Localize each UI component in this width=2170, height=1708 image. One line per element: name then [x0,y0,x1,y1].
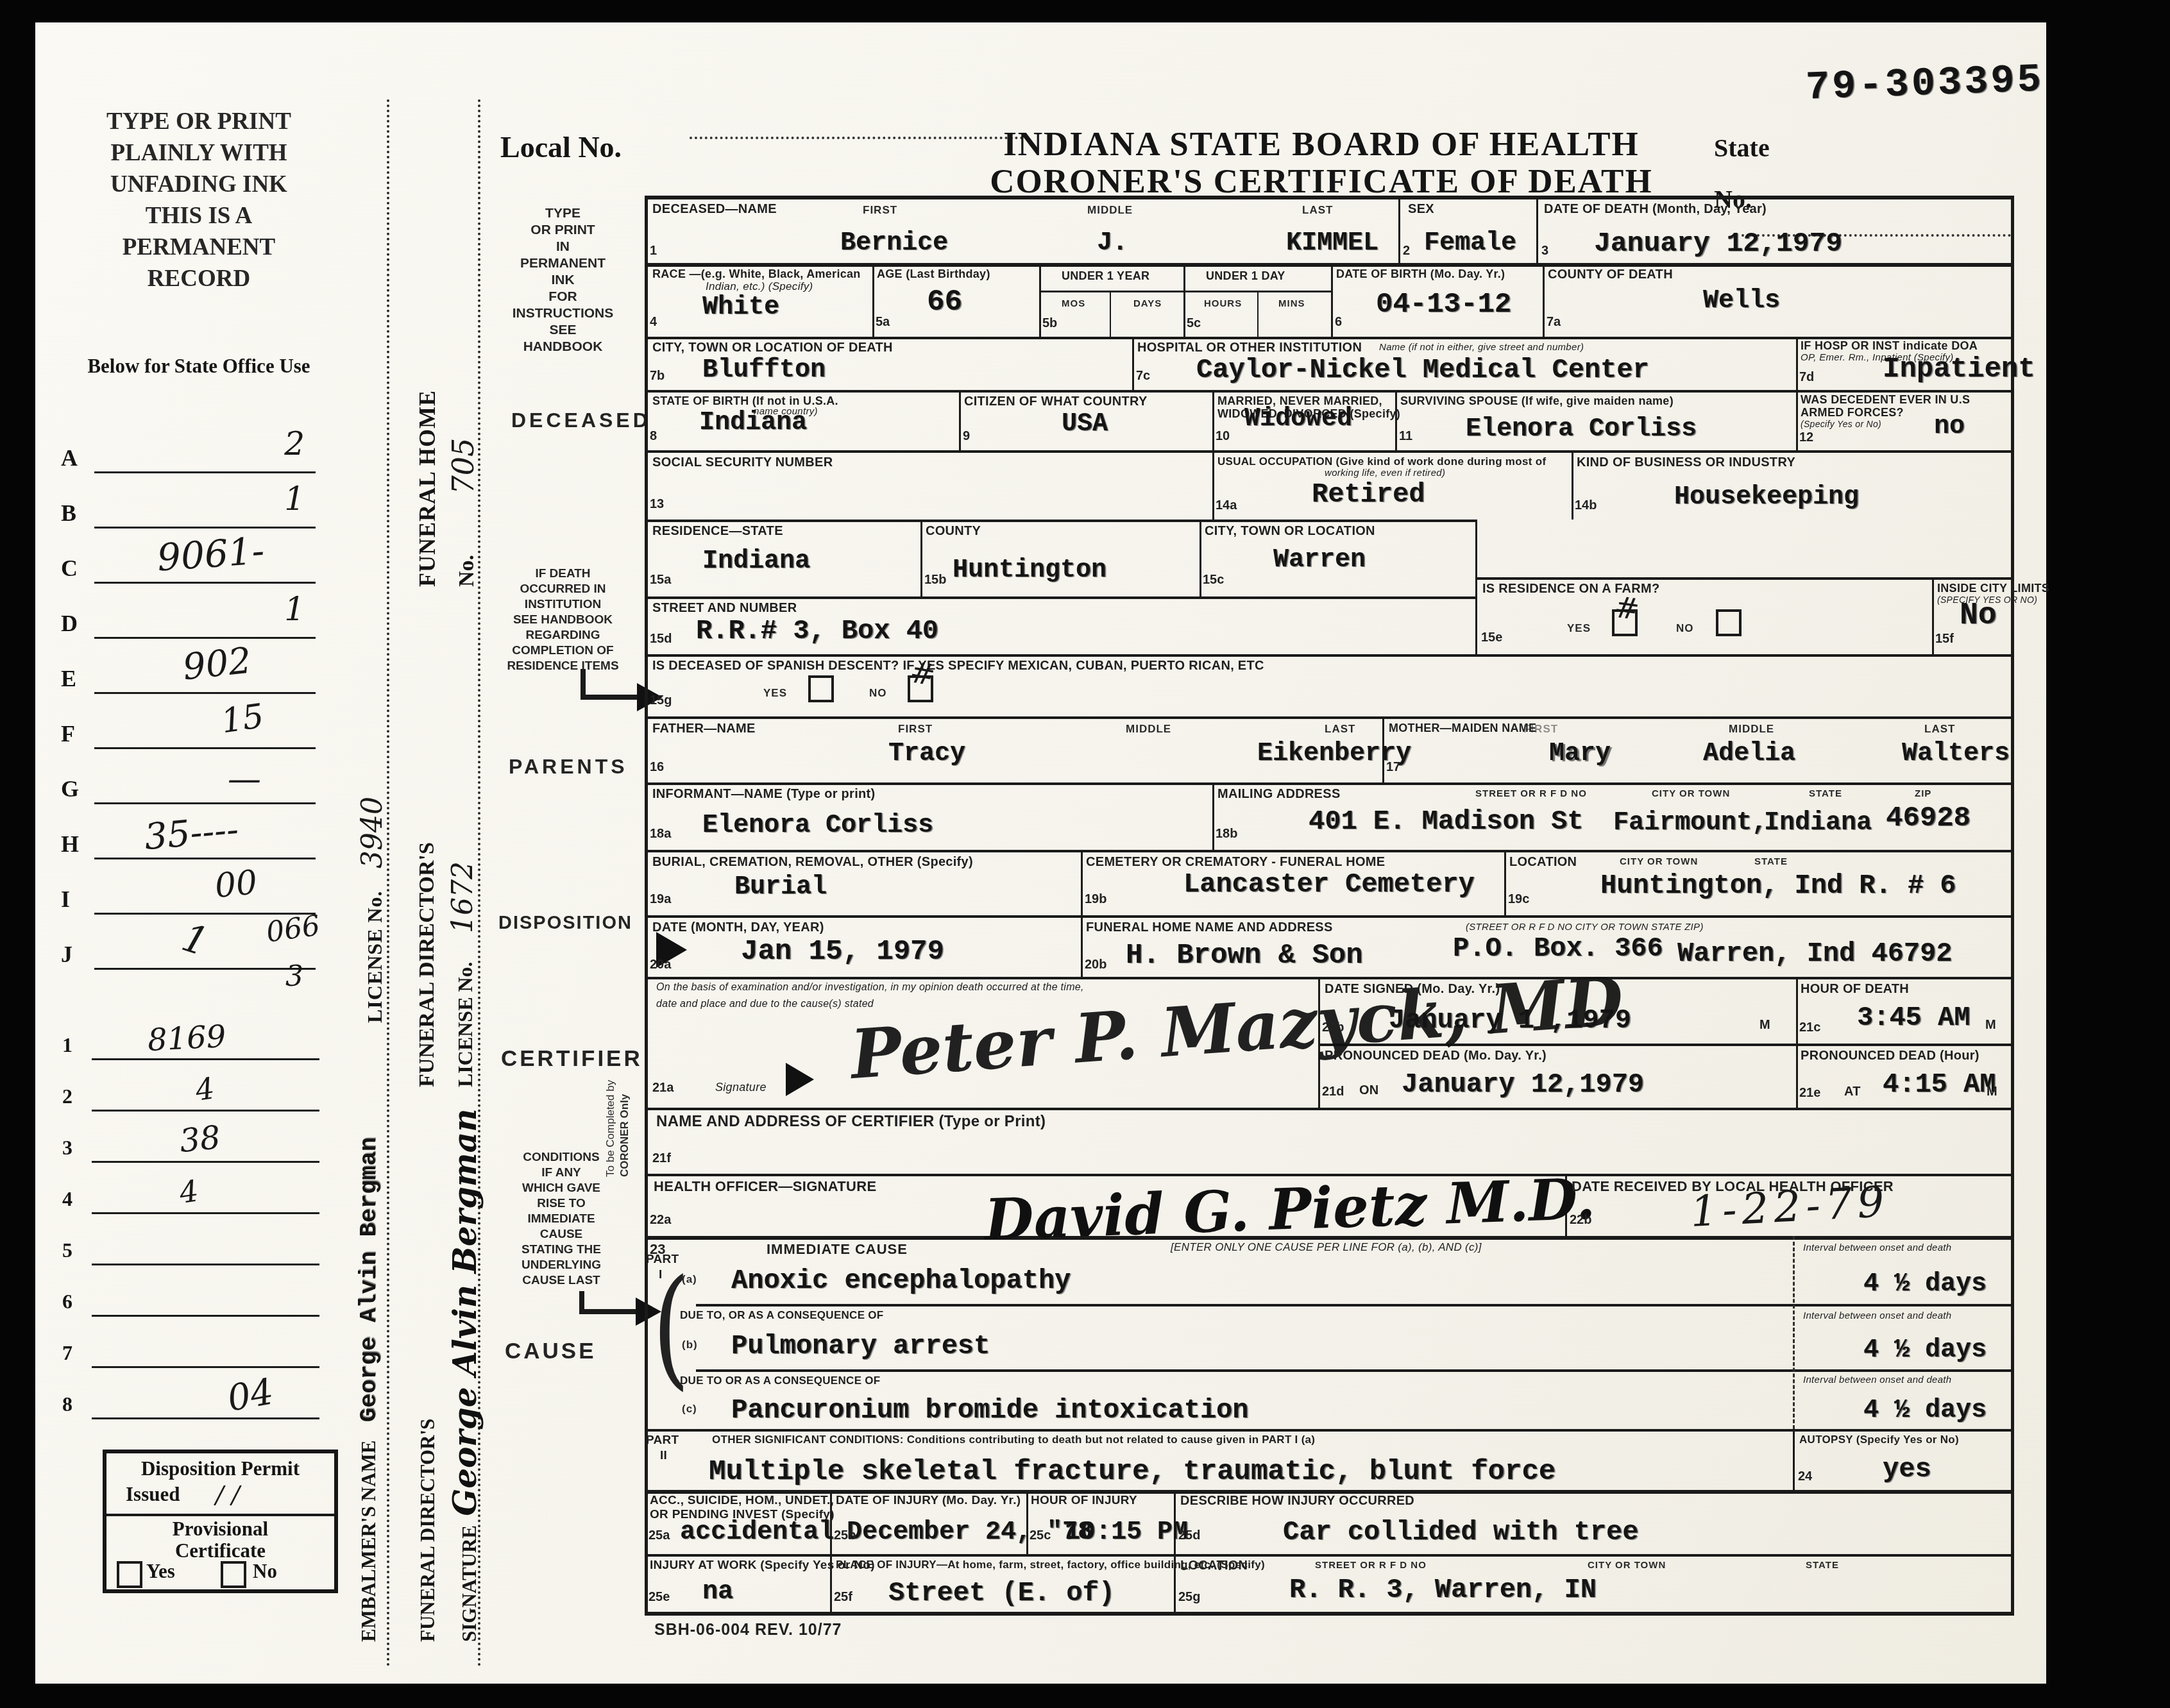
office-value-i-extra: 066 [264,909,322,949]
if-death-in-institution-note: IF DEATH OCCURRED IN INSTITUTION SEE HAN… [481,566,645,674]
burial-label: BURIAL, CREMATION, REMOVAL, OTHER (Speci… [652,855,973,870]
item-number: 2 [1403,244,1410,258]
deceased-name-label: DECEASED—NAME [652,202,777,217]
license1-value: 3940 [356,797,389,868]
age-label: AGE (Last Birthday) [877,267,990,281]
state-label: STATE [1754,856,1788,867]
note-line: CAUSE LAST [481,1273,641,1289]
write-line [94,747,316,749]
cell-divider [1793,1429,1795,1490]
row-letter: C [61,555,78,582]
cause-a-value: Anoxic encephalopathy [731,1265,1071,1296]
item-number: 1 [650,244,657,258]
row-line [645,596,1475,599]
deceased-middle-name: J. [1097,229,1128,258]
note-line: OCCURRED IN [481,582,645,597]
city-of-death-value: Bluffton [702,356,826,385]
item-number: 19b [1085,892,1106,907]
last-label: LAST [1924,723,1955,736]
row-number: 7 [62,1341,72,1365]
item-number: 15b [924,573,946,588]
hour-of-death-value: 3:45 AM [1857,1002,1970,1033]
item-number: 25b [834,1528,856,1543]
interval-b-value: 4 ½ days [1863,1336,1987,1365]
item-number: 25f [834,1590,852,1605]
days-label: DAYS [1133,298,1162,309]
spanish-yes-label: YES [763,687,787,700]
residence-county-value: Huntington [953,556,1106,585]
middle-label: MIDDLE [1729,723,1774,736]
date-signed-label: DATE SIGNED (Mo. Day. Yr.) [1325,982,1500,997]
item-number: 20b [1085,958,1106,972]
form-right-edge [2011,196,2014,1612]
first-label: FIRST [1523,723,1558,736]
row-letter: I [61,886,70,913]
note-line: CONDITIONS [481,1150,641,1165]
item-number: 7a [1547,315,1561,330]
item-number: 7c [1136,369,1150,384]
injury-date-label: DATE OF INJURY (Mo. Day. Yr.) [836,1494,1021,1508]
office-value-a: 2 [138,425,305,462]
office-value-g: — [228,760,261,799]
doa-label-1: IF HOSP OR INST indicate DOA [1801,339,1978,353]
first-label: FIRST [898,723,933,736]
provisional-yes-label: Yes [146,1560,175,1583]
cell-divider [1543,263,1545,337]
cause-arrow-shaft [579,1309,637,1314]
type-or-print-instructions: TYPE OR PRINT PLAINLY WITH UNFADING INK … [61,106,337,294]
row-letter: A [61,444,78,471]
write-line [94,692,316,694]
cause-b-value: Pulmonary arrest [731,1331,990,1362]
disposition-section-label: DISPOSITION [498,913,632,934]
residence-state-label: RESIDENCE—STATE [652,524,783,539]
city-limits-value: No [1960,598,1997,633]
hour-of-death-label: HOUR OF DEATH [1801,982,1909,997]
marital-status-value: Widowed [1244,405,1352,434]
city-town-label: CITY OR TOWN [1620,856,1698,867]
row-number: 4 [62,1187,72,1211]
row-number: 1 [62,1033,72,1057]
item-number: 15d [650,632,672,647]
zip-label: ZIP [1915,788,1931,799]
item-number: 21a [652,1081,674,1095]
row-letter: E [61,665,76,692]
hours-label: HOURS [1204,298,1242,309]
cell-divider [1081,915,1083,977]
cell-divider [1398,196,1400,263]
date-of-death-value: January 12,1979 [1594,228,1842,259]
meridiem-m: M [1987,1085,1997,1099]
instruction-line: THIS IS A [61,200,337,232]
item-number: 5c [1187,316,1201,331]
write-line [94,802,316,804]
item-number: 15e [1481,630,1502,645]
state-office-use-heading: Below for State Office Use [61,355,337,378]
write-line [92,1417,319,1419]
street-number-label: STREET AND NUMBER [652,601,797,616]
pronounced-dead-date-value: January 12,1979 [1402,1069,1644,1100]
under-1-year-label: UNDER 1 YEAR [1062,269,1149,283]
embalmer-label: EMBALMER'S NAME [357,1441,380,1642]
citizen-label: CITIZEN OF WHAT COUNTRY [964,394,1148,409]
scanned-death-certificate: TYPE OR PRINT PLAINLY WITH UNFADING INK … [0,0,2170,1708]
item-number: 5b [1042,316,1057,331]
pronounced-dead-date-label: PRONOUNCED DEAD (Mo. Day. Yr.) [1325,1049,1547,1063]
write-line [92,1212,319,1214]
instruction-line: PLAINLY WITH [61,137,337,169]
date-of-death-label: DATE OF DEATH (Month, Day, Year) [1544,202,1767,217]
injury-location-value: R. R. 3, Warren, IN [1289,1575,1597,1605]
meridiem-m: M [1759,1018,1770,1033]
item-number: 13 [650,497,664,512]
city-town-label: CITY OR TOWN [1652,788,1730,799]
date-of-birth-label: DATE OF BIRTH (Mo. Day. Yr.) [1336,267,1505,281]
doa-value: Inpatient [1883,353,2035,385]
cause-c-value: Pancuronium bromide intoxication [731,1395,1249,1426]
county-of-death-value: Wells [1703,287,1780,316]
row-number: 6 [62,1290,72,1314]
middle-label: MIDDLE [1087,204,1133,217]
item-number: 25e [648,1590,670,1605]
hospital-value: Caylor-Nickel Medical Center [1196,355,1649,385]
instruction-line: RECORD [61,263,337,294]
last-label: LAST [1302,204,1333,217]
county-of-death-label: COUNTY OF DEATH [1548,267,1673,282]
item-number: 18b [1216,827,1237,841]
fd2-label: FUNERAL DIRECTOR'S [409,956,446,1642]
cell-divider [1212,450,1214,520]
row-letter: D [61,610,78,637]
informant-value: Elenora Corliss [702,811,933,840]
row-number: 5 [62,1239,72,1262]
how-injury-occurred-value: Car collided with tree [1283,1517,1639,1548]
cell-divider [920,520,922,596]
mother-first-name: Mary [1549,740,1611,768]
residence-county-label: COUNTY [926,524,981,539]
sex-label: SEX [1408,202,1434,217]
industry-label: KIND OF BUSINESS OR INDUSTRY [1577,455,1795,470]
office-value-d: 1 [138,591,305,628]
note-line: RISE TO [481,1196,641,1212]
deceased-last-name: KIMMEL [1286,229,1378,258]
industry-value: Housekeeping [1674,483,1859,512]
office-value-f: 15 [219,697,266,741]
date-of-birth-value: 04-13-12 [1376,289,1511,321]
permit-issued-slashes: / / [216,1480,240,1509]
note-line: WHICH GAVE [481,1181,641,1196]
row-letter: J [61,941,72,968]
funeral-home-no-705: FUNERAL HOME No. 705 [409,170,489,587]
cell-divider [1796,337,1798,390]
note-line: IN [484,239,641,255]
item-number: 21c [1799,1020,1820,1035]
form-number-footer: SBH-06-004 REV. 10/77 [654,1621,842,1639]
row-letter: H [61,831,79,858]
funeral-home-note: (STREET OR R F D NO CITY OR TOWN STATE Z… [1466,922,1704,933]
row-line [645,782,2014,785]
note-line: IF DEATH [481,566,645,582]
instruction-line: PERMANENT [61,232,337,263]
write-line [94,968,316,970]
pronounced-dead-hour-value: 4:15 AM [1883,1069,1996,1100]
certificate-title-line1: INDIANA STATE BOARD OF HEALTH [872,125,1770,164]
cell-divider [959,390,961,450]
cause-b-prefix: (b) [682,1339,698,1351]
embalmer-value: George Alvin Bergman [356,1137,383,1422]
item-number: 21b [1322,1020,1344,1035]
certificate-paper: TYPE OR PRINT PLAINLY WITH UNFADING INK … [35,22,2046,1684]
mother-name-label: MOTHER—MAIDEN NAME [1389,722,1536,735]
cause-section-label: CAUSE [505,1339,597,1364]
cause-b-line [696,1369,2014,1372]
office-value-j-extra: 3 [285,960,303,993]
note-line: UNDERLYING [481,1258,641,1273]
part-two-numeral: II [660,1449,667,1463]
item-number: 7d [1799,370,1814,385]
office-value-2: 4 [193,1070,217,1108]
note-line: HANDBOOK [484,339,641,355]
cell-divider [1257,291,1259,337]
immediate-cause-label: IMMEDIATE CAUSE [767,1241,908,1258]
note-line: SEE HANDBOOK [481,613,645,628]
note-line: RESIDENCE ITEMS [481,659,645,674]
certificate-title-line2: CORONER'S CERTIFICATE OF DEATH [872,162,1770,201]
funeral-director-signature: FUNERAL DIRECTOR'S SIGNATURE George Alvi… [409,956,492,1642]
hospital-label: HOSPITAL OR OTHER INSTITUTION [1137,341,1362,355]
armed-forces-value: no [1934,412,1965,441]
part-two-label: PART [646,1433,679,1448]
row-letter: G [61,775,79,802]
occupation-value: Retired [1312,479,1425,510]
cell-divider [872,263,874,337]
cell-divider [1536,196,1538,263]
row-line [645,716,2014,719]
item-number: 5a [876,315,890,330]
cell-divider [1796,390,1798,450]
cell-divider [1199,520,1201,596]
item-number: 25g [1178,1590,1200,1605]
signature-label: SIGNATURE [458,1525,480,1642]
item-number: 11 [1399,429,1412,444]
note-line: CAUSE [481,1227,641,1242]
embalmer-name: EMBALMER'S NAME George Alvin Bergman [356,956,383,1642]
cemetery-location-label: LOCATION [1509,855,1577,870]
occupation-note: working life, even if retired) [1325,468,1445,478]
item-number: 14b [1575,498,1597,513]
item-number: 21f [652,1151,671,1166]
note-line: SEE [484,322,641,339]
write-line [92,1264,319,1265]
armed-forces-label-3: (Specify Yes or No) [1801,419,1881,429]
note-line: OR PRINT [484,222,641,239]
city-town-label: CITY OR TOWN [1588,1560,1666,1571]
on-label: ON [1359,1083,1379,1098]
cell-divider [1212,782,1214,850]
provisional-yes-checkbox [117,1561,142,1588]
armed-forces-label-1: WAS DECEDENT EVER IN U.S [1801,393,1970,407]
manner-value: accidental [680,1518,834,1547]
race-label-2: Indian, etc.) (Specify) [706,280,813,293]
mother-middle-name: Adelia [1703,740,1795,768]
certifier-name-address-label: NAME AND ADDRESS OF CERTIFIER (Type or P… [656,1113,1046,1131]
office-value-b: 1 [138,480,305,518]
deceased-section-label: DECEASED [511,409,651,432]
spanish-no-label: NO [869,687,887,700]
note-line: FOR [484,289,641,305]
city-limits-label-1: INSIDE CITY LIMITS [1937,582,2049,595]
row-line [645,263,2014,267]
note-line: To be Completed by [604,978,618,1177]
item-number: 15c [1203,573,1224,588]
row-letter: B [61,500,76,527]
cell-divider [1174,1490,1176,1612]
occupation-label: USUAL OCCUPATION (Give kind of work done… [1217,455,1546,468]
interval-label: Interval between onset and death [1803,1310,1951,1321]
cell-divider [1212,390,1214,450]
farm-no-checkbox [1716,609,1742,636]
state-label: STATE [1809,788,1842,799]
burial-value: Burial [734,873,827,902]
surviving-spouse-value: Elenora Corliss [1466,415,1697,444]
office-value-h: 35---- [142,809,240,859]
item-number: 19a [650,892,671,907]
funeral-home-label: FUNERAL HOME [409,170,445,587]
item-number: 7b [650,369,665,384]
cell-divider [1504,850,1506,915]
last-label: LAST [1325,723,1355,736]
disposition-date-value: Jan 15, 1979 [741,936,944,968]
cell-divider [1132,337,1134,390]
how-injury-occurred-label: DESCRIBE HOW INJURY OCCURRED [1180,1494,1414,1509]
item-number: 20a [650,958,671,972]
item-number: 18a [650,827,671,841]
license2-value: 1672 [446,861,479,933]
row-line [645,1612,2014,1616]
office-value-c: 9061- [156,528,266,579]
farm-no-label: NO [1676,622,1694,635]
office-value-j: 1 [176,915,214,965]
sex-value: Female [1424,229,1516,258]
item-number: 15a [650,573,671,588]
fd-signature-value: George Alvin Bergman [446,1109,484,1516]
farm-yes-label: YES [1567,622,1591,635]
other-conditions-label: OTHER SIGNIFICANT CONDITIONS: Conditions… [712,1433,1315,1446]
injury-at-work-value: na [702,1578,733,1607]
age-value: 66 [927,285,962,319]
write-line [94,471,316,473]
parents-section-label: PARENTS [509,755,628,779]
write-line [92,1315,319,1317]
interval-divider [1793,1236,1795,1429]
other-conditions-value: Multiple skeletal fracture, traumatic, b… [709,1456,1555,1488]
note-line: INSTITUTION [481,597,645,613]
office-value-e: 902 [181,640,253,689]
father-name-label: FATHER—NAME [652,722,756,736]
cemetery-location-value: Huntington, Ind R. # 6 [1600,870,1956,901]
mother-last-name: Walters [1902,740,2010,768]
item-number: 22a [650,1213,671,1228]
deceased-first-name: Bernice [840,229,948,258]
certifier-basis-line2: date and place and due to the cause(s) s… [656,999,874,1010]
write-line [92,1366,319,1368]
mailing-state-value: Indiana [1764,809,1872,838]
type-print-permanent-ink-note: TYPE OR PRINT IN PERMANENT INK FOR INSTR… [484,205,641,355]
due-to-label-1: DUE TO, OR AS A CONSEQUENCE OF [680,1309,884,1322]
item-number: 9 [963,429,970,444]
row-line [645,520,1475,522]
note-line: TYPE [484,205,641,222]
pronounced-dead-hour-label: PRONOUNCED DEAD (Hour) [1801,1049,1979,1063]
manner-label-1: ACC., SUICIDE, HOM., UNDET., [650,1494,834,1508]
item-number: 19c [1508,892,1529,907]
item-number: 4 [650,315,657,330]
place-of-injury-value: Street (E. of) [888,1578,1115,1609]
item-number: 15g [650,693,672,708]
local-no-label: Local No. [500,130,622,164]
armed-forces-label-2: ARMED FORCES? [1801,406,1904,419]
cell-divider [1475,520,1477,654]
first-label: FIRST [863,204,897,217]
row-number: 8 [62,1392,72,1416]
office-value-8: 04 [225,1371,276,1419]
date-signed-value: January 1 ,1979 [1389,1005,1631,1036]
street-number-value: R.R.# 3, Box 40 [696,616,938,647]
item-number: 6 [1335,315,1342,330]
note-line: COMPLETION OF [481,643,645,659]
permit-title: Disposition Permit [106,1457,334,1480]
autopsy-label: AUTOPSY (Specify Yes or No) [1799,1433,1959,1446]
certificate-label: Certificate [106,1539,334,1562]
health-officer-signature: David G. Pietz M.D. [983,1165,1596,1253]
cemetery-label: CEMETERY OR CREMATORY - FUNERAL HOME [1086,855,1385,870]
meridiem-m: M [1985,1018,1996,1033]
item-number: 17 [1386,760,1400,775]
note-line: CORONER Only [618,978,632,1177]
cell-divider [1183,263,1185,337]
mailing-street-value: 401 E. Madison St [1309,806,1583,837]
row-line [645,654,2014,657]
street-rfd-label: STREET OR R F D NO [1315,1560,1427,1571]
row-line [645,977,2014,979]
mos-label: MOS [1062,298,1085,309]
item-number: 24 [1798,1469,1812,1484]
race-value: White [702,293,779,322]
item-number: 15f [1935,632,1954,647]
item-number: 25a [648,1528,670,1543]
arrow-right-icon [786,1063,814,1096]
row-line [645,915,2014,918]
write-line [92,1161,319,1163]
injury-date-value: December 24, "78 [847,1518,1093,1547]
provisional-label: Provisional [106,1518,334,1541]
funeral-home-value: H. Brown & Son [1126,940,1363,972]
father-first-name: Tracy [888,740,965,768]
instruction-line: UNFADING INK [61,169,337,200]
cell-divider [1081,850,1083,915]
item-number: 21e [1799,1086,1820,1101]
surviving-spouse-label: SURVIVING SPOUSE (If wife, give maiden n… [1400,394,1674,408]
funeral-home-addr1: P.O. Box. 366 [1453,933,1663,964]
conditions-note: CONDITIONS IF ANY WHICH GAVE RISE TO IMM… [481,1150,641,1289]
cause-a-prefix: (a) [682,1273,697,1286]
interval-label: Interval between onset and death [1803,1374,1951,1385]
row-line [645,1108,2014,1110]
note-line: INK [484,272,641,289]
residence-state-value: Indiana [702,547,810,576]
injury-hour-value: 10:15 PM [1065,1518,1188,1547]
informant-label: INFORMANT—NAME (Type or print) [652,787,876,802]
